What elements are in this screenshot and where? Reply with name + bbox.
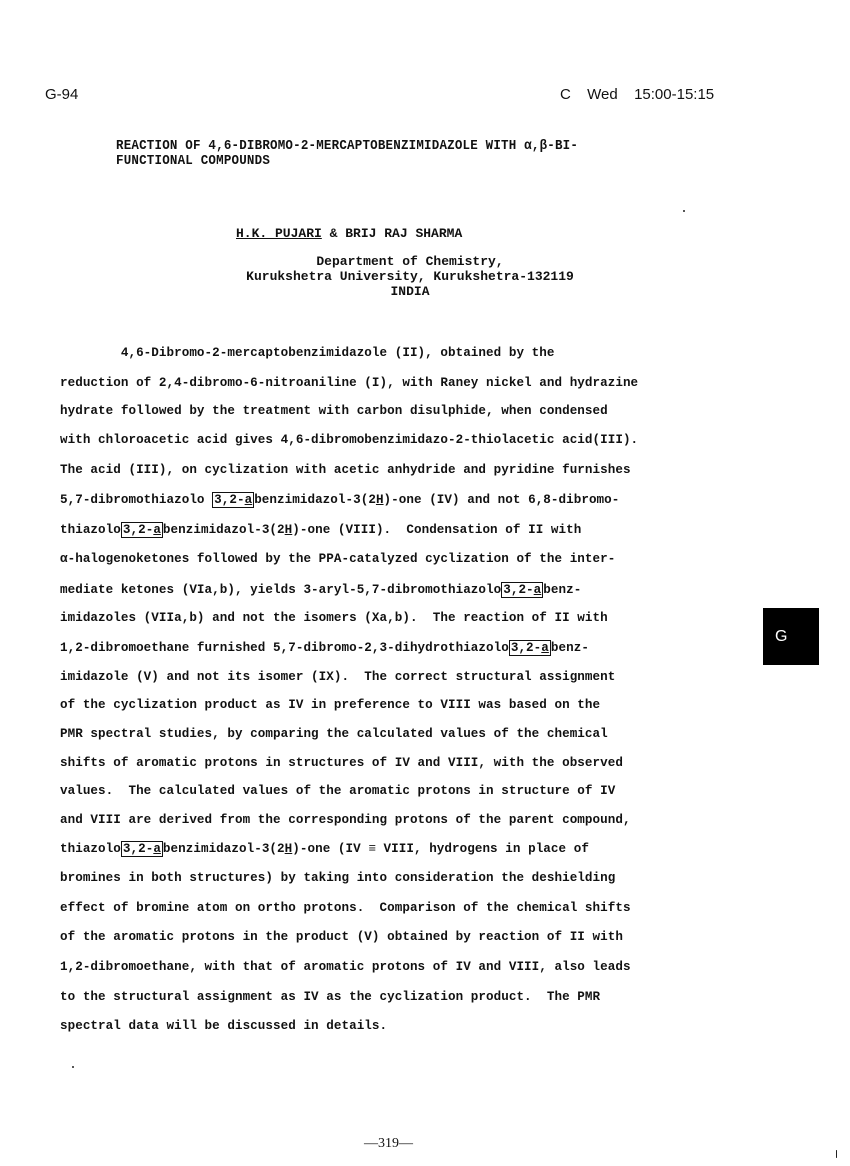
body-line: 5,7-dibromothiazolo 3,2-abenzimidazol-3(…	[60, 492, 619, 508]
body-line: and VIII are derived from the correspond…	[60, 813, 631, 827]
body-line: mediate ketones (VIa,b), yields 3-aryl-5…	[60, 582, 581, 598]
text-fragment: benzimidazol-3(2	[254, 493, 376, 507]
text-fragment: 5,7-dibromothiazolo	[60, 493, 212, 507]
scan-speck	[836, 1150, 837, 1158]
text-fragment: a	[534, 583, 542, 597]
text-fragment: )-one (IV) and not 6,8-dibromo-	[384, 493, 620, 507]
ring-fusion-bracket: 3,2-a	[501, 582, 543, 598]
coauthor: BRIJ RAJ SHARMA	[345, 226, 462, 241]
author-separator: &	[322, 226, 345, 241]
body-line: values. The calculated values of the aro…	[60, 784, 615, 798]
paper-title-line-2: FUNCTIONAL COMPOUNDS	[116, 153, 270, 168]
ring-fusion-bracket: 3,2-a	[121, 841, 163, 857]
scan-speck	[683, 210, 685, 212]
text-fragment: 3,2-	[123, 842, 153, 856]
body-line: reduction of 2,4-dibromo-6-nitroaniline …	[60, 376, 638, 390]
text-fragment: 3,2-	[503, 583, 533, 597]
text-fragment: benzimidazol-3(2	[163, 523, 285, 537]
authors: H.K. PUJARI & BRIJ RAJ SHARMA	[236, 226, 462, 241]
page-number: —319—	[364, 1136, 413, 1152]
abstract-code: G-94	[45, 86, 78, 103]
text-fragment: thiazolo	[60, 842, 121, 856]
ring-fusion-bracket: 3,2-a	[509, 640, 551, 656]
text-fragment: thiazolo	[60, 523, 121, 537]
scan-speck	[72, 1066, 74, 1068]
presenting-author: H.K. PUJARI	[236, 226, 322, 241]
body-line: of the aromatic protons in the product (…	[60, 930, 623, 944]
text-fragment: )-one (VIII). Condensation of II with	[292, 523, 581, 537]
body-line: to the structural assignment as IV as th…	[60, 990, 600, 1004]
body-line: of the cyclization product as IV in pref…	[60, 698, 600, 712]
session-time: C Wed 15:00-15:15	[560, 86, 714, 103]
body-line: PMR spectral studies, by comparing the c…	[60, 727, 608, 741]
affiliation-country: INDIA	[210, 284, 610, 299]
ring-fusion-bracket: 3,2-a	[212, 492, 254, 508]
text-fragment: benzimidazol-3(2	[163, 842, 285, 856]
text-fragment: 3,2-	[123, 523, 153, 537]
paper-title-line-1: REACTION OF 4,6-DIBROMO-2-MERCAPTOBENZIM…	[116, 138, 578, 153]
section-tab: G	[763, 608, 819, 665]
body-line: α-halogenoketones followed by the PPA-ca…	[60, 552, 615, 566]
text-fragment: a	[153, 523, 161, 537]
body-line: effect of bromine atom on ortho protons.…	[60, 901, 631, 915]
text-fragment: 3,2-	[214, 493, 244, 507]
text-fragment: benz-	[551, 641, 589, 655]
text-fragment: )-one (IV ≡ VIII, hydrogens in place of	[292, 842, 589, 856]
text-fragment: H	[376, 493, 384, 507]
body-line: hydrate followed by the treatment with c…	[60, 404, 608, 418]
text-fragment: a	[245, 493, 253, 507]
text-fragment: 3,2-	[511, 641, 541, 655]
text-fragment: a	[541, 641, 549, 655]
body-line: imidazoles (VIIa,b) and not the isomers …	[60, 611, 608, 625]
ring-fusion-bracket: 3,2-a	[121, 522, 163, 538]
affiliation-university: Kurukshetra University, Kurukshetra-1321…	[210, 269, 610, 284]
text-fragment: 1,2-dibromoethane furnished 5,7-dibromo-…	[60, 641, 509, 655]
body-line: thiazolo3,2-abenzimidazol-3(2H)-one (VII…	[60, 522, 581, 538]
text-fragment: benz-	[543, 583, 581, 597]
section-tab-label: G	[775, 628, 787, 646]
body-line: thiazolo3,2-abenzimidazol-3(2H)-one (IV …	[60, 841, 589, 857]
text-fragment: a	[153, 842, 161, 856]
body-line: 1,2-dibromoethane, with that of aromatic…	[60, 960, 631, 974]
body-line: with chloroacetic acid gives 4,6-dibromo…	[60, 433, 638, 447]
body-line: spectral data will be discussed in detai…	[60, 1019, 387, 1033]
text-fragment: mediate ketones (VIa,b), yields 3-aryl-5…	[60, 583, 501, 597]
body-line: 1,2-dibromoethane furnished 5,7-dibromo-…	[60, 640, 589, 656]
body-line: shifts of aromatic protons in structures…	[60, 756, 623, 770]
body-line: imidazole (V) and not its isomer (IX). T…	[60, 670, 615, 684]
body-line: bromines in both structures) by taking i…	[60, 871, 615, 885]
body-line: 4,6-Dibromo-2-mercaptobenzimidazole (II)…	[60, 346, 555, 360]
body-line: The acid (III), on cyclization with acet…	[60, 463, 631, 477]
affiliation-department: Department of Chemistry,	[210, 254, 610, 269]
